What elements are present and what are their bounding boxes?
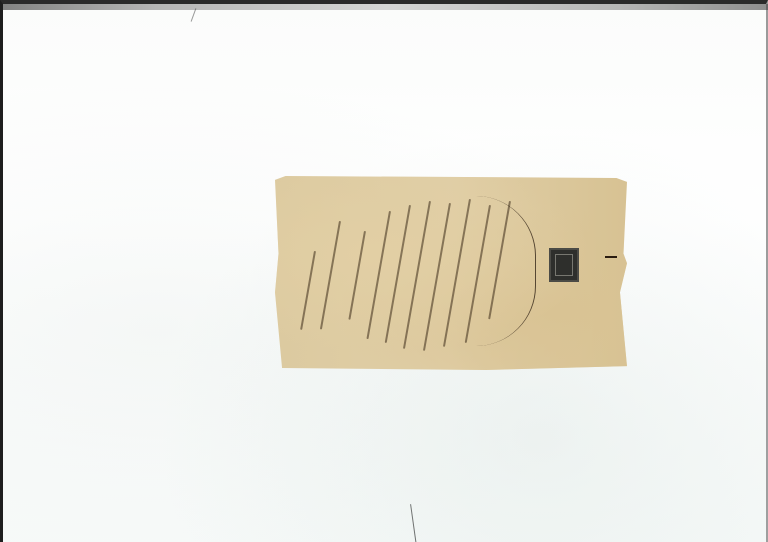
handwritten-line [366, 211, 391, 339]
manuscript-page [275, 176, 627, 370]
marginal-arc-stroke [475, 196, 536, 346]
scan-background [0, 0, 768, 542]
handwritten-line [300, 251, 316, 330]
handwritten-line [348, 231, 366, 320]
scanner-edge [3, 4, 768, 10]
handwritten-line [320, 221, 341, 330]
paper-crease [191, 8, 197, 21]
ink-seal-icon [549, 248, 579, 282]
paper-crease [410, 504, 417, 542]
margin-mark [605, 256, 617, 258]
